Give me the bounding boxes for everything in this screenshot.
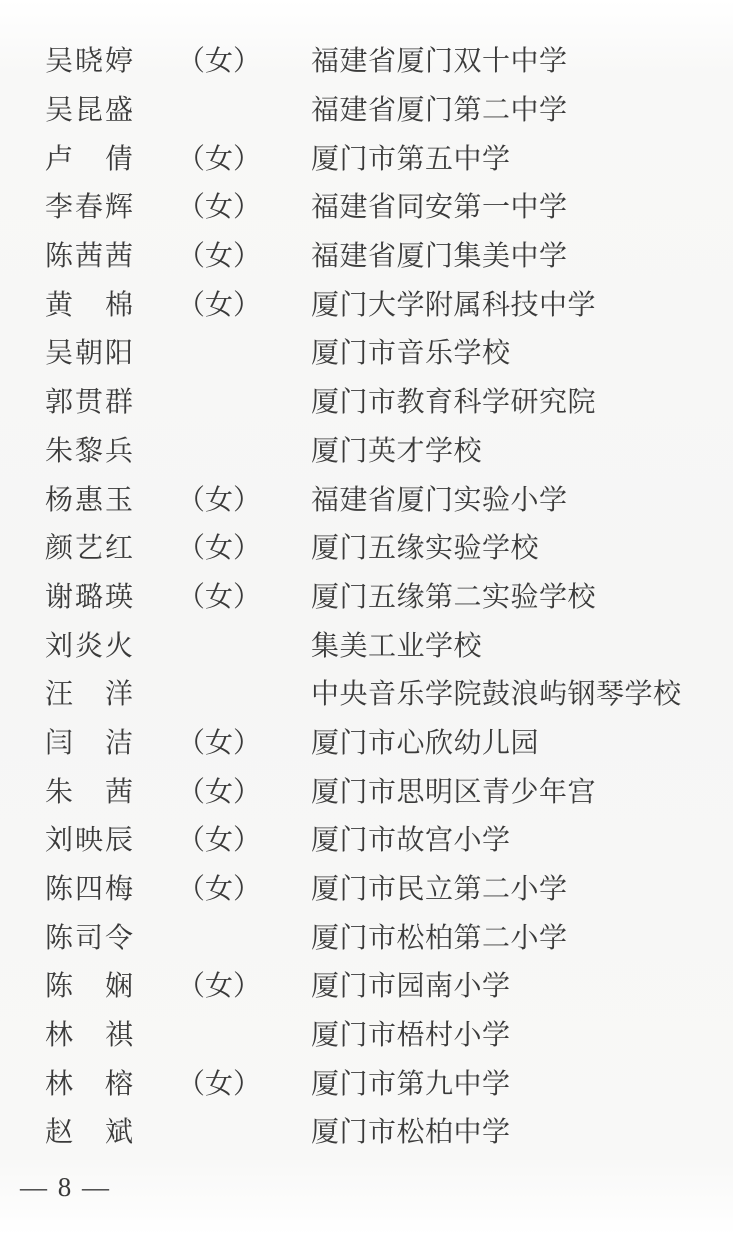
roster-row: 李春辉 （女） 福建省同安第一中学: [0, 184, 733, 233]
person-name: 吴昆盛: [45, 97, 133, 125]
roster-row: 谢璐瑛 （女） 厦门五缘第二实验学校: [0, 574, 733, 623]
person-name: 陈四梅: [45, 876, 133, 904]
gender-marker: （女）: [177, 1071, 261, 1099]
gender-marker: （女）: [177, 487, 261, 515]
school-name: 厦门市心欣幼儿园: [311, 730, 539, 758]
gender-marker: （女）: [177, 876, 261, 904]
gender-marker: （女）: [177, 243, 261, 271]
person-name: 黄 棉: [45, 292, 133, 320]
roster-row: 闫 洁 （女） 厦门市心欣幼儿园: [0, 720, 733, 769]
scanned-document-page: 吴晓婷 （女） 福建省厦门双十中学 吴昆盛 福建省厦门第二中学 卢 倩 （女） …: [0, 0, 733, 1235]
page-number: — 8 —: [20, 1172, 111, 1203]
roster-row: 卢 倩 （女） 厦门市第五中学: [0, 135, 733, 184]
school-name: 厦门市故宫小学: [311, 827, 511, 855]
gender-marker: （女）: [177, 48, 261, 76]
roster-row: 林 祺 厦门市梧村小学: [0, 1012, 733, 1061]
gender-marker: （女）: [177, 973, 261, 1001]
roster-row: 汪 洋 中央音乐学院鼓浪屿钢琴学校: [0, 671, 733, 720]
personnel-roster-list: 吴晓婷 （女） 福建省厦门双十中学 吴昆盛 福建省厦门第二中学 卢 倩 （女） …: [0, 0, 733, 1158]
roster-row: 黄 棉 （女） 厦门大学附属科技中学: [0, 281, 733, 330]
roster-row: 刘炎火 集美工业学校: [0, 622, 733, 671]
person-name: 刘炎火: [45, 633, 133, 661]
gender-marker: （女）: [177, 779, 261, 807]
school-name: 厦门市松柏第二小学: [311, 925, 568, 953]
roster-row: 颜艺红 （女） 厦门五缘实验学校: [0, 525, 733, 574]
school-name: 集美工业学校: [311, 633, 482, 661]
person-name: 吴朝阳: [45, 340, 133, 368]
person-name: 陈茜茜: [45, 243, 133, 271]
person-name: 朱黎兵: [45, 438, 133, 466]
roster-row: 陈司令 厦门市松柏第二小学: [0, 914, 733, 963]
roster-row: 吴晓婷 （女） 福建省厦门双十中学: [0, 38, 733, 87]
person-name: 陈 娴: [45, 973, 133, 1001]
roster-row: 杨惠玉 （女） 福建省厦门实验小学: [0, 476, 733, 525]
school-name: 厦门英才学校: [311, 438, 482, 466]
roster-row: 陈 娴 （女） 厦门市园南小学: [0, 963, 733, 1012]
person-name: 李春辉: [45, 194, 133, 222]
school-name: 中央音乐学院鼓浪屿钢琴学校: [311, 681, 682, 709]
gender-marker: （女）: [177, 827, 261, 855]
person-name: 朱 茜: [45, 779, 133, 807]
school-name: 福建省厦门双十中学: [311, 48, 568, 76]
school-name: 厦门市园南小学: [311, 973, 511, 1001]
school-name: 厦门市音乐学校: [311, 340, 511, 368]
school-name: 福建省厦门集美中学: [311, 243, 568, 271]
person-name: 赵 斌: [45, 1119, 133, 1147]
school-name: 厦门市教育科学研究院: [311, 389, 596, 417]
roster-row: 刘映辰 （女） 厦门市故宫小学: [0, 817, 733, 866]
gender-marker: （女）: [177, 292, 261, 320]
school-name: 厦门市民立第二小学: [311, 876, 568, 904]
school-name: 厦门五缘实验学校: [311, 535, 539, 563]
school-name: 厦门市梧村小学: [311, 1022, 511, 1050]
person-name: 林 榕: [45, 1071, 133, 1099]
school-name: 厦门市第五中学: [311, 146, 511, 174]
gender-marker: （女）: [177, 730, 261, 758]
roster-row: 赵 斌 厦门市松柏中学: [0, 1109, 733, 1158]
school-name: 厦门大学附属科技中学: [311, 292, 596, 320]
person-name: 陈司令: [45, 925, 133, 953]
gender-marker: （女）: [177, 584, 261, 612]
roster-row: 陈四梅 （女） 厦门市民立第二小学: [0, 866, 733, 915]
person-name: 杨惠玉: [45, 487, 133, 515]
school-name: 福建省厦门实验小学: [311, 487, 568, 515]
roster-row: 朱 茜 （女） 厦门市思明区青少年宫: [0, 768, 733, 817]
gender-marker: （女）: [177, 146, 261, 174]
person-name: 卢 倩: [45, 146, 133, 174]
school-name: 厦门市松柏中学: [311, 1119, 511, 1147]
person-name: 林 祺: [45, 1022, 133, 1050]
roster-row: 郭贯群 厦门市教育科学研究院: [0, 379, 733, 428]
person-name: 谢璐瑛: [45, 584, 133, 612]
person-name: 颜艺红: [45, 535, 133, 563]
person-name: 吴晓婷: [45, 48, 133, 76]
roster-row: 吴昆盛 福建省厦门第二中学: [0, 87, 733, 136]
school-name: 厦门五缘第二实验学校: [311, 584, 596, 612]
school-name: 福建省同安第一中学: [311, 194, 568, 222]
person-name: 闫 洁: [45, 730, 133, 758]
person-name: 刘映辰: [45, 827, 133, 855]
person-name: 郭贯群: [45, 389, 133, 417]
person-name: 汪 洋: [45, 681, 133, 709]
gender-marker: （女）: [177, 194, 261, 222]
roster-row: 吴朝阳 厦门市音乐学校: [0, 330, 733, 379]
school-name: 福建省厦门第二中学: [311, 97, 568, 125]
school-name: 厦门市思明区青少年宫: [311, 779, 596, 807]
roster-row: 朱黎兵 厦门英才学校: [0, 428, 733, 477]
roster-row: 林 榕 （女） 厦门市第九中学: [0, 1060, 733, 1109]
gender-marker: （女）: [177, 535, 261, 563]
school-name: 厦门市第九中学: [311, 1071, 511, 1099]
roster-row: 陈茜茜 （女） 福建省厦门集美中学: [0, 233, 733, 282]
